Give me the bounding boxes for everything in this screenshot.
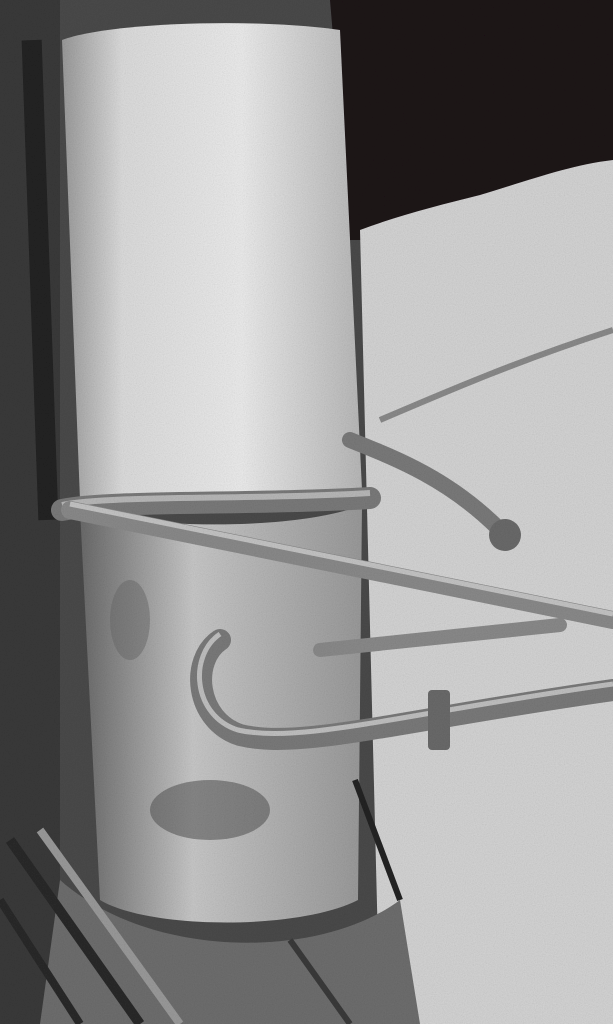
vessel-upper xyxy=(62,23,362,512)
valve xyxy=(428,690,450,750)
valve-fitting xyxy=(489,519,521,551)
photograph xyxy=(0,0,613,1024)
photo-illustration xyxy=(0,0,613,1024)
